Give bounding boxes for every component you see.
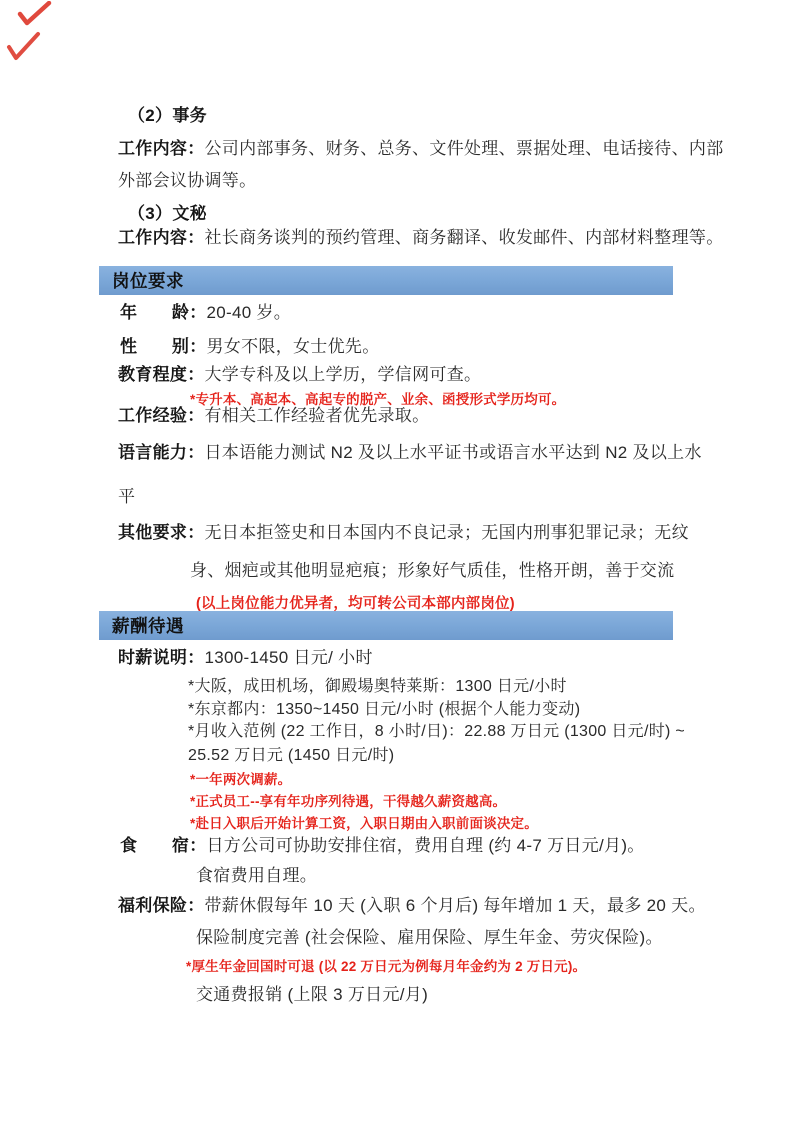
salary-row-transport: 交通费报销 (上限 3 万日元/月)	[196, 985, 428, 1005]
age-value: 20-40 岁。	[207, 303, 292, 322]
welfare-label: 福利保险：	[118, 896, 205, 915]
intro-subrole-2-title: （2）事务	[128, 106, 207, 126]
section-header-requirements: 岗位要求	[99, 266, 673, 295]
language-value-cont: 平	[118, 487, 135, 506]
salary-note-osaka: *大阪，成田机场，御殿場奥特莱斯：1300 日元/小时	[188, 677, 567, 697]
req-row-other: 其他要求：无日本拒签史和日本国内不良记录；无国内刑事犯罪记录；无纹	[118, 523, 689, 543]
board-label: 食 宿：	[120, 836, 207, 855]
job-content-label: 工作内容：	[118, 228, 205, 247]
education-label: 教育程度：	[118, 365, 205, 384]
salary-red-note-3: *赴日入职后开始计算工资，入职日期由入职前面谈决定。	[190, 812, 538, 832]
intro-subrole-2-desc-line2: 外部会议协调等。	[118, 171, 256, 191]
salary-row-welfare-cont: 保险制度完善 (社会保险、雇用保险、厚生年金、劳灾保险)。	[196, 928, 663, 948]
experience-label: 工作经验：	[118, 406, 205, 425]
salary-red-note-1: *一年两次调薪。	[190, 768, 291, 788]
job-content-text-cont: 外部会议协调等。	[118, 171, 256, 190]
gender-label: 性 别：	[120, 337, 207, 356]
language-value: 日本语能力测试 N2 及以上水平证书或语言水平达到 N2 及以上水	[205, 443, 702, 462]
requirements-red-note: (以上岗位能力优异者，均可转公司本部内部岗位)	[196, 592, 515, 613]
welfare-value: 带薪休假每年 10 天 (入职 6 个月后) 每年增加 1 天，最多 20 天。	[205, 896, 706, 915]
req-row-age: 年 龄：20-40 岁。	[120, 303, 291, 323]
req-row-gender: 性 别：男女不限，女士优先。	[120, 337, 380, 357]
hourly-value: 1300-1450 日元/ 小时	[205, 648, 373, 667]
language-label: 语言能力：	[118, 443, 205, 462]
salary-red-note-2: *正式员工--享有年功序列待遇，干得越久薪资越高。	[190, 790, 506, 810]
req-row-education: 教育程度：大学专科及以上学历，学信网可查。	[118, 365, 481, 385]
salary-row-board: 食 宿：日方公司可协助安排住宿，费用自理 (约 4-7 万日元/月)。	[120, 836, 645, 856]
salary-note-monthly-cont: 25.52 万日元 (1450 日元/时)	[188, 746, 394, 766]
req-row-experience: 工作经验：有相关工作经验者优先录取。	[118, 406, 429, 426]
red-check-mark	[16, 1, 52, 27]
job-content-label: 工作内容：	[118, 139, 205, 158]
experience-value: 有相关工作经验者优先录取。	[205, 406, 430, 425]
req-row-other-cont: 身、烟疤或其他明显疤痕；形象好气质佳，性格开朗，善于交流	[190, 561, 674, 581]
board-value-cont: 食宿费用自理。	[196, 866, 317, 885]
subrole-2-title-text: （2）事务	[128, 106, 207, 125]
req-row-language-cont: 平	[118, 487, 135, 507]
intro-subrole-3-title: （3）文秘	[128, 204, 207, 224]
job-content-text: 社长商务谈判的预约管理、商务翻译、收发邮件、内部材料整理等。	[205, 228, 724, 247]
welfare-value3: 交通费报销 (上限 3 万日元/月)	[196, 985, 428, 1004]
other-value-cont: 身、烟疤或其他明显疤痕；形象好气质佳，性格开朗，善于交流	[190, 561, 674, 580]
education-red-note: *专升本、高起本、高起专的脱产、业余、函授形式学历均可。	[190, 388, 565, 408]
document-page: （2）事务 工作内容：公司内部事务、财务、总务、文件处理、票据处理、电话接待、内…	[0, 0, 793, 1122]
board-value: 日方公司可协助安排住宿，费用自理 (约 4-7 万日元/月)。	[207, 836, 645, 855]
age-label: 年 龄：	[120, 303, 207, 322]
welfare-value2: 保险制度完善 (社会保险、雇用保险、厚生年金、劳灾保险)。	[196, 928, 663, 947]
other-value: 无日本拒签史和日本国内不良记录；无国内刑事犯罪记录；无纹	[205, 523, 689, 542]
salary-note-tokyo: *东京都内：1350~1450 日元/小时 (根据个人能力变动)	[188, 700, 580, 720]
other-label: 其他要求：	[118, 523, 205, 542]
intro-subrole-2-desc-line1: 工作内容：公司内部事务、财务、总务、文件处理、票据处理、电话接待、内部	[118, 139, 724, 159]
section-title: 薪酬待遇	[112, 613, 184, 638]
red-check-mark	[5, 31, 41, 61]
section-title: 岗位要求	[112, 268, 184, 293]
welfare-red-note: *厚生年金回国时可退 (以 22 万日元为例每月年金约为 2 万日元)。	[186, 955, 586, 975]
gender-value: 男女不限，女士优先。	[207, 337, 380, 356]
salary-row-welfare: 福利保险：带薪休假每年 10 天 (入职 6 个月后) 每年增加 1 天，最多 …	[118, 896, 706, 916]
hourly-label: 时薪说明：	[118, 648, 205, 667]
intro-subrole-3-desc: 工作内容：社长商务谈判的预约管理、商务翻译、收发邮件、内部材料整理等。	[118, 228, 724, 248]
salary-note-monthly: *月收入范例 (22 工作日，8 小时/日)：22.88 万日元 (1300 日…	[188, 722, 685, 742]
subrole-3-title-text: （3）文秘	[128, 204, 207, 223]
section-header-salary: 薪酬待遇	[99, 611, 673, 640]
job-content-text: 公司内部事务、财务、总务、文件处理、票据处理、电话接待、内部	[205, 139, 724, 158]
req-row-language: 语言能力：日本语能力测试 N2 及以上水平证书或语言水平达到 N2 及以上水	[118, 443, 702, 463]
education-value: 大学专科及以上学历，学信网可查。	[205, 365, 482, 384]
salary-row-hourly: 时薪说明：1300-1450 日元/ 小时	[118, 648, 373, 668]
salary-row-board-cont: 食宿费用自理。	[196, 866, 317, 886]
